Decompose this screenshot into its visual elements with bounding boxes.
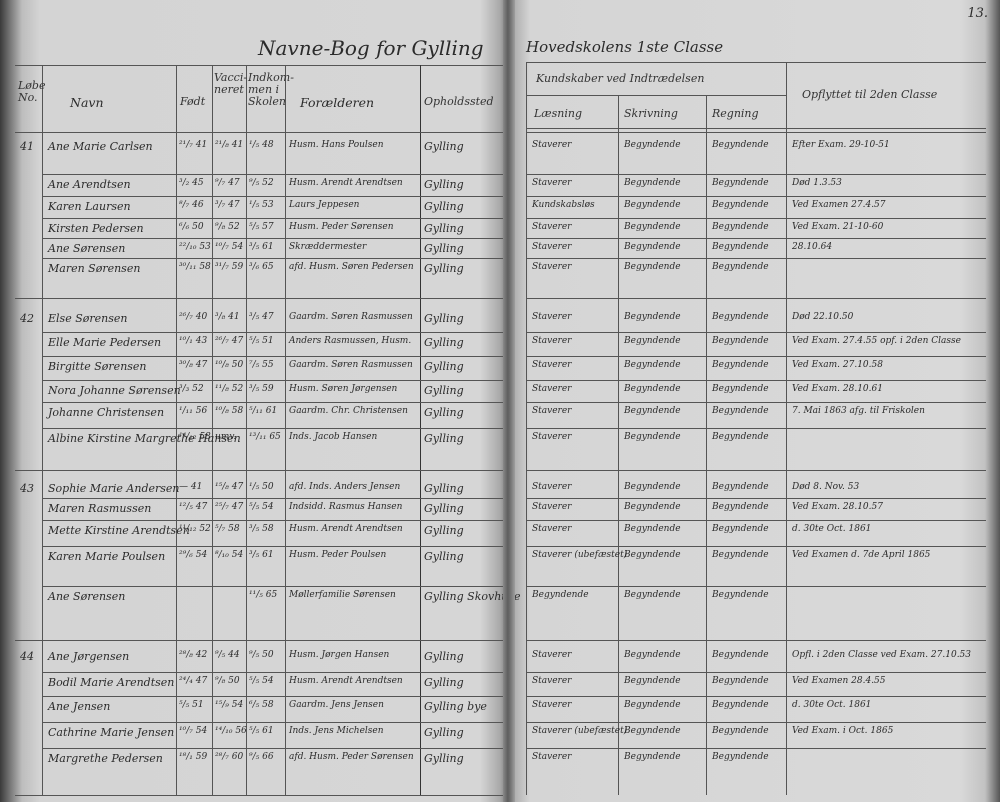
birth-date: ⁶/₆ 50 bbox=[179, 222, 204, 232]
arithmetic-level: Begyndende bbox=[712, 200, 769, 210]
writing-level: Begyndende bbox=[624, 752, 681, 762]
header-vaccineret: Vacci-neret bbox=[214, 72, 244, 96]
enrollment-date: ³/₅ 61 bbox=[249, 550, 274, 560]
arithmetic-level: Begyndende bbox=[712, 262, 769, 272]
arithmetic-level: Begyndende bbox=[712, 140, 769, 150]
arithmetic-level: Begyndende bbox=[712, 550, 769, 560]
group-rule bbox=[15, 132, 505, 133]
writing-level: Begyndende bbox=[624, 482, 681, 492]
reading-level: Staverer bbox=[532, 140, 572, 150]
arithmetic-level: Begyndende bbox=[712, 482, 769, 492]
enrollment-date: ⁹/₅ 66 bbox=[249, 752, 274, 762]
row-rule bbox=[42, 498, 505, 499]
student-name: Johanne Christensen bbox=[48, 406, 164, 419]
residence: Gylling bbox=[424, 524, 464, 537]
birth-date: ²⁸/₈ 42 bbox=[179, 650, 207, 660]
writing-level: Begyndende bbox=[624, 726, 681, 736]
arithmetic-level: Begyndende bbox=[712, 178, 769, 188]
row-rule bbox=[526, 174, 986, 175]
header-indkommen: Indkom-men i Skolen bbox=[248, 72, 284, 108]
vaccination-date: ⁹/₇ 47 bbox=[215, 178, 240, 188]
header-foraeldre: Forælderen bbox=[300, 95, 374, 110]
writing-level: Begyndende bbox=[624, 590, 681, 600]
residence: Gylling bbox=[424, 676, 464, 689]
class-title: Hovedskolens 1ste Classe bbox=[526, 38, 723, 56]
parent-name: afd. Husm. Peder Sørensen bbox=[289, 752, 414, 762]
row-rule bbox=[526, 696, 986, 697]
residence: Gylling bbox=[424, 200, 464, 213]
header-top-rule bbox=[15, 65, 505, 66]
birth-date: ¹¹/₁₂ 52 bbox=[179, 524, 211, 534]
header-lobe-no: Løbe No. bbox=[18, 80, 40, 104]
enrollment-date: ³/₅ 61 bbox=[249, 242, 274, 252]
arithmetic-level: Begyndende bbox=[712, 406, 769, 416]
enrollment-date: ³/₅ 47 bbox=[249, 312, 274, 322]
parent-name: Husm. Arendt Arendtsen bbox=[289, 676, 403, 686]
promotion-note: Ved Exam. 21-10-60 bbox=[792, 222, 883, 232]
birth-date: ²⁹/₆ 54 bbox=[179, 550, 207, 560]
writing-level: Begyndende bbox=[624, 432, 681, 442]
residence: Gylling bbox=[424, 502, 464, 515]
register-book-spread: Løbe No.NavnFødtVacci-neretIndkom-men i … bbox=[0, 0, 1000, 802]
parent-name: Gaardm. Søren Rasmussen bbox=[289, 360, 413, 370]
reading-level: Staverer bbox=[532, 262, 572, 272]
reading-level: Staverer bbox=[532, 752, 572, 762]
writing-level: Begyndende bbox=[624, 406, 681, 416]
writing-level: Begyndende bbox=[624, 700, 681, 710]
residence: Gylling bbox=[424, 336, 464, 349]
parent-name: Husm. Jørgen Hansen bbox=[289, 650, 389, 660]
student-name: Ane Sørensen bbox=[48, 242, 125, 255]
enrollment-date: ⁵/₅ 61 bbox=[249, 726, 274, 736]
promotion-note: Ved Examen d. 7de April 1865 bbox=[792, 550, 930, 560]
residence: Gylling bbox=[424, 406, 464, 419]
reading-level: Staverer bbox=[532, 432, 572, 442]
row-rule bbox=[526, 196, 986, 197]
birth-date: ¹⁴/₁₂ 58 bbox=[179, 432, 211, 442]
enrollment-date: ⁵/₁₁ 61 bbox=[249, 406, 277, 416]
reading-level: Staverer bbox=[532, 482, 572, 492]
right-page: Kundskaber ved IndtrædelsenLæsningSkrivn… bbox=[512, 0, 1000, 802]
promotion-note: Efter Exam. 29-10-51 bbox=[792, 140, 890, 150]
row-rule bbox=[42, 258, 505, 259]
reading-level: Staverer bbox=[532, 502, 572, 512]
promotion-note: Opfl. i 2den Classe ved Exam. 27.10.53 bbox=[792, 650, 971, 660]
vaccination-date: ³¹/₇ 59 bbox=[215, 262, 243, 272]
reading-level: Staverer bbox=[532, 524, 572, 534]
parent-name: Inds. Jacob Hansen bbox=[289, 432, 377, 442]
residence: Gylling bbox=[424, 726, 464, 739]
column-rule bbox=[618, 95, 619, 795]
promotion-note: 28.10.64 bbox=[792, 242, 832, 252]
arithmetic-level: Begyndende bbox=[712, 502, 769, 512]
reading-level: Staverer bbox=[532, 312, 572, 322]
student-name: Karen Marie Poulsen bbox=[48, 550, 165, 563]
parent-name: Gaardm. Jens Jensen bbox=[289, 700, 384, 710]
header-top-rule bbox=[526, 62, 986, 63]
row-rule bbox=[526, 258, 986, 259]
group-rule bbox=[526, 640, 986, 641]
arithmetic-level: Begyndende bbox=[712, 242, 769, 252]
subheader-rule bbox=[526, 95, 786, 96]
parent-name: Husm. Peder Sørensen bbox=[289, 222, 394, 232]
writing-level: Begyndende bbox=[624, 676, 681, 686]
parent-name: Inds. Jens Michelsen bbox=[289, 726, 384, 736]
vaccination-date: ⁹/₅ 44 bbox=[215, 650, 240, 660]
reading-level: Staverer (ubefæstet) bbox=[532, 726, 627, 736]
row-rule bbox=[526, 520, 986, 521]
vaccination-date: ¹⁰/₈ 50 bbox=[215, 360, 243, 370]
arithmetic-level: Begyndende bbox=[712, 432, 769, 442]
row-rule bbox=[526, 546, 986, 547]
student-name: Albine Kirstine Margrethe Hansen bbox=[48, 432, 241, 445]
student-name: Margrethe Pedersen bbox=[48, 752, 163, 765]
row-rule bbox=[526, 238, 986, 239]
enrollment-date: ⁵/₅ 57 bbox=[249, 222, 274, 232]
promotion-note: Ved Exam. 28.10.61 bbox=[792, 384, 883, 394]
vaccination-date: ⁹/₈ 50 bbox=[215, 676, 240, 686]
row-rule bbox=[42, 696, 505, 697]
promotion-note: Ved Exam. 27.4.55 opf. i 2den Classe bbox=[792, 336, 961, 346]
row-rule bbox=[42, 218, 505, 219]
writing-level: Begyndende bbox=[624, 178, 681, 188]
birth-date: — 41 bbox=[179, 482, 202, 492]
register-title: Navne-Bog for Gylling bbox=[258, 36, 484, 60]
reading-level: Staverer bbox=[532, 360, 572, 370]
birth-date: ²¹/₇ 41 bbox=[179, 140, 207, 150]
parent-name: Laurs Jeppesen bbox=[289, 200, 359, 210]
student-name: Kirsten Pedersen bbox=[48, 222, 144, 235]
row-rule bbox=[526, 498, 986, 499]
enrollment-date: ⁵/₅ 54 bbox=[249, 676, 274, 686]
enrollment-date: ¹³/₁₁ 65 bbox=[249, 432, 281, 442]
reading-level: Staverer bbox=[532, 178, 572, 188]
enrollment-date: ⁵/₅ 54 bbox=[249, 502, 274, 512]
writing-level: Begyndende bbox=[624, 502, 681, 512]
parent-name: Skræddermester bbox=[289, 242, 366, 252]
promotion-note: Død 22.10.50 bbox=[792, 312, 853, 322]
parent-name: afd. Inds. Anders Jensen bbox=[289, 482, 400, 492]
arithmetic-level: Begyndende bbox=[712, 222, 769, 232]
reading-level: Staverer bbox=[532, 242, 572, 252]
residence: Gylling bbox=[424, 360, 464, 373]
group-rule bbox=[526, 132, 986, 133]
birth-date: ²⁴/₄ 47 bbox=[179, 676, 207, 686]
vaccination-date: ¹¹/₈ 52 bbox=[215, 384, 243, 394]
arithmetic-level: Begyndende bbox=[712, 650, 769, 660]
header-navn: Navn bbox=[70, 95, 104, 110]
enrollment-date: ¹/₅ 48 bbox=[249, 140, 274, 150]
vaccination-date: ²¹/₈ 41 bbox=[215, 140, 243, 150]
reading-level: Staverer (ubefæstet) bbox=[532, 550, 627, 560]
parent-name: Møllerfamilie Sørensen bbox=[289, 590, 396, 600]
birth-date: ³/₃ 52 bbox=[179, 384, 204, 394]
row-rule bbox=[526, 380, 986, 381]
parent-name: Anders Rasmussen, Husm. bbox=[289, 336, 411, 346]
residence: Gylling bbox=[424, 384, 464, 397]
row-rule bbox=[42, 546, 505, 547]
arithmetic-level: Begyndende bbox=[712, 726, 769, 736]
residence: Gylling bbox=[424, 222, 464, 235]
row-rule bbox=[42, 672, 505, 673]
student-name: Maren Sørensen bbox=[48, 262, 140, 275]
residence: Gylling bbox=[424, 432, 464, 445]
birth-date: ¹²/₅ 47 bbox=[179, 502, 207, 512]
vaccination-date: ¹⁰/₇ 54 bbox=[215, 242, 243, 252]
residence: Gylling bbox=[424, 312, 464, 325]
birth-date: ¹/₁₁ 56 bbox=[179, 406, 207, 416]
writing-level: Begyndende bbox=[624, 262, 681, 272]
row-rule bbox=[42, 428, 505, 429]
student-name: Maren Rasmussen bbox=[48, 502, 151, 515]
promotion-note: Ved Exam. 28.10.57 bbox=[792, 502, 883, 512]
enrollment-date: ⁵/₅ 51 bbox=[249, 336, 274, 346]
arithmetic-level: Begyndende bbox=[712, 336, 769, 346]
bottom-rule bbox=[15, 795, 505, 796]
student-name: Karen Laursen bbox=[48, 200, 131, 213]
writing-level: Begyndende bbox=[624, 140, 681, 150]
row-rule bbox=[42, 586, 505, 587]
reading-level: Staverer bbox=[532, 700, 572, 710]
promotion-note: d. 30te Oct. 1861 bbox=[792, 700, 871, 710]
birth-date: ⁵/₅ 51 bbox=[179, 700, 204, 710]
residence: Gylling bbox=[424, 550, 464, 563]
parent-name: Indsidd. Rasmus Hansen bbox=[289, 502, 402, 512]
row-rule bbox=[42, 520, 505, 521]
vaccination-date: ²⁸/₇ 60 bbox=[215, 752, 243, 762]
reading-level: Staverer bbox=[532, 222, 572, 232]
page-number: 13. bbox=[967, 6, 988, 21]
arithmetic-level: Begyndende bbox=[712, 360, 769, 370]
vaccination-date: ¹⁵/₉ 54 bbox=[215, 700, 243, 710]
student-name: Ane Jensen bbox=[48, 700, 110, 713]
header-opflyttet: Opflyttet til 2den Classe bbox=[802, 88, 937, 101]
enrollment-date: ³/₅ 58 bbox=[249, 524, 274, 534]
enrollment-date: ⁷/₅ 55 bbox=[249, 360, 274, 370]
student-name: Ane Sørensen bbox=[48, 590, 125, 603]
vaccination-date: ⁹/₈ 52 bbox=[215, 222, 240, 232]
promotion-note: Død 1.3.53 bbox=[792, 178, 842, 188]
arithmetic-level: Begyndende bbox=[712, 700, 769, 710]
reading-level: Staverer bbox=[532, 336, 572, 346]
residence: Gylling bbox=[424, 482, 464, 495]
column-rule bbox=[706, 95, 707, 795]
birth-date: ⁸/₇ 46 bbox=[179, 200, 204, 210]
group-rule bbox=[526, 470, 986, 471]
row-rule bbox=[526, 748, 986, 749]
writing-level: Begyndende bbox=[624, 384, 681, 394]
parent-name: Husm. Arendt Arendtsen bbox=[289, 524, 403, 534]
birth-date: ³/₂ 45 bbox=[179, 178, 204, 188]
writing-level: Begyndende bbox=[624, 222, 681, 232]
parent-name: Husm. Hans Poulsen bbox=[289, 140, 384, 150]
enrollment-date: ¹¹/₅ 65 bbox=[249, 590, 277, 600]
header-kundskaber: Kundskaber ved Indtrædelsen bbox=[536, 72, 704, 85]
header-bottom-rule bbox=[526, 128, 986, 129]
row-rule bbox=[526, 402, 986, 403]
reading-level: Kundskabsløs bbox=[532, 200, 595, 210]
birth-date: ³⁰/₈ 47 bbox=[179, 360, 207, 370]
enrollment-date: ¹/₅ 50 bbox=[249, 482, 274, 492]
arithmetic-level: Begyndende bbox=[712, 676, 769, 686]
parent-name: Husm. Peder Poulsen bbox=[289, 550, 386, 560]
row-rule bbox=[526, 428, 986, 429]
parent-name: Gaardm. Chr. Christensen bbox=[289, 406, 408, 416]
promotion-note: Ved Examen 27.4.57 bbox=[792, 200, 886, 210]
vaccination-date: ¹⁰/₈ 58 bbox=[215, 406, 243, 416]
parent-name: Husm. Søren Jørgensen bbox=[289, 384, 397, 394]
arithmetic-level: Begyndende bbox=[712, 590, 769, 600]
residence: Gylling bye bbox=[424, 700, 487, 713]
enrollment-date: ³/₆ 65 bbox=[249, 262, 274, 272]
row-rule bbox=[526, 218, 986, 219]
student-name: Ane Jørgensen bbox=[48, 650, 129, 663]
reading-level: Staverer bbox=[532, 384, 572, 394]
vaccination-date: ⁵/₇ 58 bbox=[215, 524, 240, 534]
writing-level: Begyndende bbox=[624, 336, 681, 346]
vaccination-date: ³/₇ 47 bbox=[215, 200, 240, 210]
birth-date: ²⁶/₇ 40 bbox=[179, 312, 207, 322]
writing-level: Begyndende bbox=[624, 242, 681, 252]
group-rule bbox=[526, 298, 986, 299]
row-rule bbox=[42, 356, 505, 357]
birth-date: ¹⁰/₁ 43 bbox=[179, 336, 207, 346]
reading-level: Staverer bbox=[532, 406, 572, 416]
vaccination-date: ³/₈ 41 bbox=[215, 312, 240, 322]
birth-date: ³⁰/₁₁ 58 bbox=[179, 262, 211, 272]
row-rule bbox=[42, 174, 505, 175]
residence: Gylling bbox=[424, 140, 464, 153]
vaccination-date: ¹⁵/₈ 47 bbox=[215, 482, 243, 492]
reading-level: Staverer bbox=[532, 676, 572, 686]
vaccination-date: umv. bbox=[215, 432, 236, 442]
promotion-note: d. 30te Oct. 1861 bbox=[792, 524, 871, 534]
residence: Gylling bbox=[424, 242, 464, 255]
parent-name: afd. Husm. Søren Pedersen bbox=[289, 262, 414, 272]
row-rule bbox=[42, 402, 505, 403]
header-laesning: Læsning bbox=[534, 107, 582, 120]
header-opholdssted: Opholdssted bbox=[424, 95, 494, 108]
writing-level: Begyndende bbox=[624, 650, 681, 660]
promotion-note: Ved Exam. 27.10.58 bbox=[792, 360, 883, 370]
row-rule bbox=[42, 196, 505, 197]
arithmetic-level: Begyndende bbox=[712, 312, 769, 322]
header-skrivning: Skrivning bbox=[624, 107, 678, 120]
row-rule bbox=[526, 586, 986, 587]
group-rule bbox=[15, 640, 505, 641]
parent-name: Husm. Arendt Arendtsen bbox=[289, 178, 403, 188]
writing-level: Begyndende bbox=[624, 312, 681, 322]
student-name: Mette Kirstine Arendtsen bbox=[48, 524, 190, 537]
student-name: Elle Marie Pedersen bbox=[48, 336, 161, 349]
birth-date: ¹⁸/₁ 59 bbox=[179, 752, 207, 762]
row-rule bbox=[526, 332, 986, 333]
promotion-note: Ved Examen 28.4.55 bbox=[792, 676, 886, 686]
promotion-note: Ved Exam. i Oct. 1865 bbox=[792, 726, 893, 736]
group-number: 44 bbox=[20, 650, 34, 663]
enrollment-date: ⁹/₅ 50 bbox=[249, 650, 274, 660]
header-regning: Regning bbox=[712, 107, 759, 120]
student-name: Cathrine Marie Jensen bbox=[48, 726, 174, 739]
vaccination-date: ²⁶/₇ 47 bbox=[215, 336, 243, 346]
group-number: 41 bbox=[20, 140, 34, 153]
enrollment-date: ³/₅ 59 bbox=[249, 384, 274, 394]
parent-name: Gaardm. Søren Rasmussen bbox=[289, 312, 413, 322]
group-rule bbox=[15, 470, 505, 471]
enrollment-date: ⁶/₅ 58 bbox=[249, 700, 274, 710]
row-rule bbox=[42, 332, 505, 333]
enrollment-date: ⁹/₅ 52 bbox=[249, 178, 274, 188]
column-rule bbox=[526, 95, 527, 795]
writing-level: Begyndende bbox=[624, 524, 681, 534]
student-name: Birgitte Sørensen bbox=[48, 360, 147, 373]
student-name: Ane Marie Carlsen bbox=[48, 140, 153, 153]
row-rule bbox=[42, 238, 505, 239]
student-name: Ane Arendtsen bbox=[48, 178, 131, 191]
left-page: Løbe No.NavnFødtVacci-neretIndkom-men i … bbox=[0, 0, 505, 802]
student-name: Else Sørensen bbox=[48, 312, 127, 325]
group-rule bbox=[15, 298, 505, 299]
residence: Gylling bbox=[424, 178, 464, 191]
reading-level: Begyndende bbox=[532, 590, 589, 600]
group-number: 42 bbox=[20, 312, 34, 325]
residence: Gylling bbox=[424, 262, 464, 275]
arithmetic-level: Begyndende bbox=[712, 524, 769, 534]
student-name: Nora Johanne Sørensen bbox=[48, 384, 181, 397]
row-rule bbox=[42, 722, 505, 723]
birth-date: ¹⁰/₇ 54 bbox=[179, 726, 207, 736]
writing-level: Begyndende bbox=[624, 360, 681, 370]
residence: Gylling bbox=[424, 650, 464, 663]
student-name: Sophie Marie Andersen bbox=[48, 482, 180, 495]
row-rule bbox=[526, 356, 986, 357]
writing-level: Begyndende bbox=[624, 200, 681, 210]
arithmetic-level: Begyndende bbox=[712, 384, 769, 394]
header-fodt: Født bbox=[180, 95, 205, 108]
row-rule bbox=[526, 672, 986, 673]
row-rule bbox=[42, 748, 505, 749]
enrollment-date: ¹/₅ 53 bbox=[249, 200, 274, 210]
group-number: 43 bbox=[20, 482, 34, 495]
vaccination-date: ¹⁴/₁₀ 56 bbox=[215, 726, 247, 736]
writing-level: Begyndende bbox=[624, 550, 681, 560]
column-rule bbox=[526, 62, 527, 102]
student-name: Bodil Marie Arendtsen bbox=[48, 676, 174, 689]
arithmetic-level: Begyndende bbox=[712, 752, 769, 762]
promotion-note: Død 8. Nov. 53 bbox=[792, 482, 859, 492]
residence: Gylling bbox=[424, 752, 464, 765]
row-rule bbox=[526, 722, 986, 723]
vaccination-date: ²⁵/₇ 47 bbox=[215, 502, 243, 512]
row-rule bbox=[42, 380, 505, 381]
promotion-note: 7. Mai 1863 afg. til Friskolen bbox=[792, 406, 925, 416]
reading-level: Staverer bbox=[532, 650, 572, 660]
vaccination-date: ⁸/₁₀ 54 bbox=[215, 550, 243, 560]
birth-date: ²²/₁₀ 53 bbox=[179, 242, 211, 252]
